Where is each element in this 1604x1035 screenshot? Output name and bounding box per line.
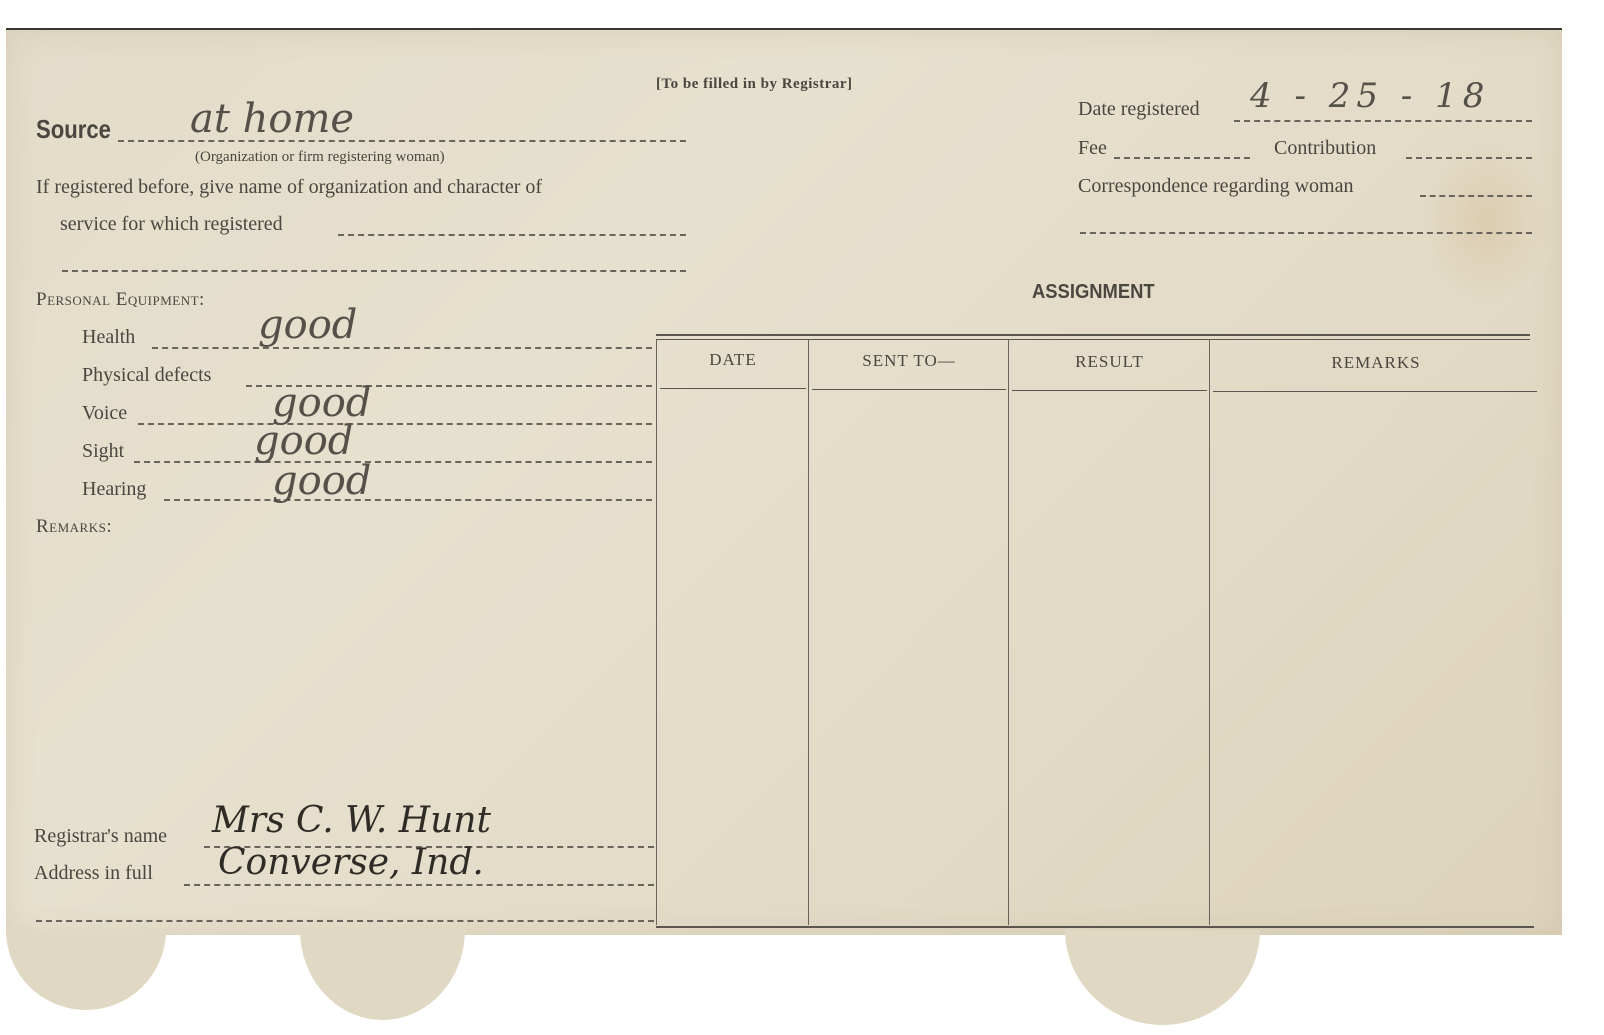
correspondence-label: Correspondence regarding woman bbox=[1078, 175, 1353, 198]
result-column-cells[interactable] bbox=[1010, 392, 1207, 922]
column-header-sent-to: SENT TO— bbox=[810, 351, 1008, 371]
voice-label: Voice bbox=[82, 402, 127, 425]
registered-before-field[interactable] bbox=[338, 234, 686, 236]
table-border-left bbox=[656, 339, 657, 925]
registered-before-label: If registered before, give name of organ… bbox=[36, 176, 542, 199]
header-underline bbox=[1012, 390, 1207, 391]
correspondence-field[interactable] bbox=[1420, 195, 1532, 197]
column-header-date: DATE bbox=[658, 350, 808, 370]
assignment-title: ASSIGNMENT bbox=[1032, 281, 1155, 304]
sight-field[interactable] bbox=[134, 461, 652, 463]
hearing-value[interactable]: good bbox=[272, 458, 371, 504]
stain bbox=[1422, 140, 1552, 300]
voice-field[interactable] bbox=[138, 423, 652, 425]
table-bottom-rule bbox=[656, 926, 1534, 928]
contribution-label: Contribution bbox=[1274, 137, 1376, 160]
header-underline bbox=[812, 389, 1006, 390]
registrar-name-value[interactable]: Mrs C. W. Hunt bbox=[212, 800, 491, 841]
health-value[interactable]: good bbox=[258, 302, 357, 348]
remarks-area[interactable] bbox=[36, 545, 646, 815]
address-label: Address in full bbox=[34, 862, 153, 885]
source-label: Source bbox=[36, 114, 111, 145]
header-underline bbox=[660, 388, 806, 389]
registered-before-label-2: service for which registered bbox=[60, 213, 283, 236]
column-divider bbox=[1008, 339, 1009, 925]
sent-to-column-cells[interactable] bbox=[810, 392, 1006, 922]
address-value[interactable]: Converse, Ind. bbox=[218, 842, 484, 883]
index-tab bbox=[1065, 930, 1260, 1025]
registered-before-field-2[interactable] bbox=[62, 270, 686, 272]
column-header-remarks: REMARKS bbox=[1211, 353, 1541, 373]
remarks-label: Remarks: bbox=[36, 516, 112, 538]
hearing-field[interactable] bbox=[164, 499, 652, 501]
source-value[interactable]: at home bbox=[190, 96, 354, 142]
column-divider bbox=[808, 339, 809, 925]
date-column-cells[interactable] bbox=[658, 392, 806, 922]
personal-equipment-heading: Personal Equipment: bbox=[36, 289, 205, 311]
date-registered-value[interactable]: 4 - 25 - 18 bbox=[1250, 76, 1490, 116]
fee-label: Fee bbox=[1078, 137, 1107, 160]
fee-field[interactable] bbox=[1114, 157, 1250, 159]
hearing-label: Hearing bbox=[82, 478, 146, 501]
contribution-field[interactable] bbox=[1406, 157, 1532, 159]
sight-label: Sight bbox=[82, 440, 124, 463]
index-tab bbox=[300, 930, 465, 1020]
column-divider bbox=[1209, 339, 1210, 925]
table-top-rule-inner bbox=[656, 339, 1530, 340]
physical-defects-label: Physical defects bbox=[82, 364, 211, 387]
table-top-rule bbox=[656, 334, 1530, 336]
registrar-name-label: Registrar's name bbox=[34, 825, 167, 848]
index-tab bbox=[6, 930, 166, 1010]
health-label: Health bbox=[82, 326, 135, 349]
date-registered-label: Date registered bbox=[1078, 98, 1200, 121]
address-field[interactable] bbox=[184, 884, 654, 886]
correspondence-field-2[interactable] bbox=[1080, 232, 1532, 234]
column-header-result: RESULT bbox=[1010, 352, 1209, 372]
remarks-column-cells[interactable] bbox=[1211, 392, 1537, 922]
health-field[interactable] bbox=[152, 347, 652, 349]
address-field-2[interactable] bbox=[36, 920, 654, 922]
registrar-instruction: [To be filled in by Registrar] bbox=[656, 76, 853, 93]
date-registered-field[interactable] bbox=[1234, 120, 1532, 122]
source-sublabel: (Organization or firm registering woman) bbox=[195, 149, 445, 166]
